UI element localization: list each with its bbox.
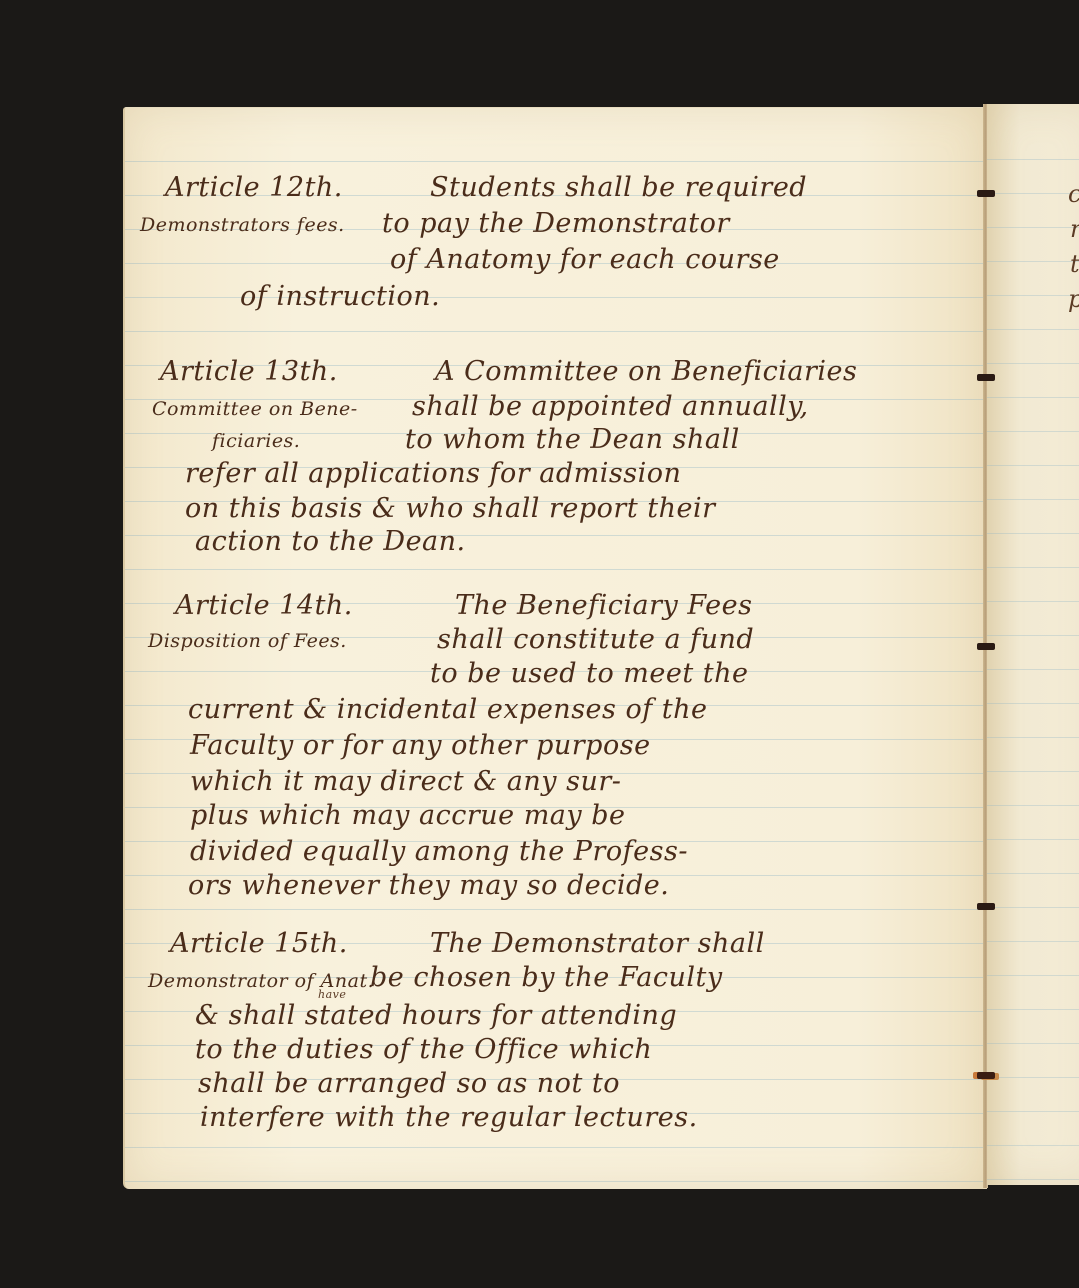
article-13-line: on this basis & who shall report their	[185, 493, 716, 524]
article-15-line: to the duties of the Office which	[195, 1034, 652, 1065]
article-15-line: & shall stated hours for attending	[195, 1000, 677, 1031]
article-12-margin-note: Demonstrators fees.	[140, 214, 345, 236]
article-12-line: to pay the Demonstrator	[382, 208, 730, 239]
binding-hole	[977, 190, 995, 197]
article-13-margin-note: Committee on Bene-	[152, 398, 358, 420]
article-14-line: The Beneficiary Fees	[455, 590, 752, 621]
article-14-margin-note: Disposition of Fees.	[148, 630, 347, 652]
article-15-heading: Article 15th.	[170, 928, 348, 959]
article-14-line: divided equally among the Profess-	[190, 836, 688, 867]
right-page-fragment: r	[1070, 215, 1079, 243]
article-14-line: plus which may accrue may be	[190, 800, 626, 831]
article-14-line: ors whenever they may so decide.	[188, 870, 669, 901]
right-page-fragment: c	[1068, 180, 1079, 208]
article-13-line: A Committee on Beneficiaries	[435, 356, 857, 387]
article-13-line: to whom the Dean shall	[405, 424, 740, 455]
right-page-fragment: t	[1070, 250, 1079, 278]
article-13-margin-note: ficiaries.	[212, 430, 300, 452]
article-15-line: interfere with the regular lectures.	[200, 1102, 698, 1133]
article-13-line: action to the Dean.	[195, 526, 466, 557]
article-14-line: to be used to meet the	[430, 658, 749, 689]
article-15-line: The Demonstrator shall	[430, 928, 765, 959]
binding-hole	[977, 374, 995, 381]
article-14-line: shall constitute a fund	[437, 624, 754, 655]
article-14-line: Faculty or for any other purpose	[190, 730, 651, 761]
binding-hole	[977, 643, 995, 650]
article-12-line: of Anatomy for each course	[390, 244, 780, 275]
article-14-heading: Article 14th.	[175, 590, 353, 621]
binding-hole	[977, 1072, 995, 1079]
article-15-line: shall be arranged so as not to	[198, 1068, 620, 1099]
article-13-line: shall be appointed annually,	[412, 391, 809, 422]
article-12-line: of instruction.	[240, 281, 440, 312]
article-12-heading: Article 12th.	[165, 172, 343, 203]
article-13-line: refer all applications for admission	[185, 458, 681, 489]
article-12-line: Students shall be required	[430, 172, 807, 203]
right-page	[987, 104, 1079, 1185]
article-15-line: be chosen by the Faculty	[370, 962, 723, 993]
binding-hole	[977, 903, 995, 910]
right-page-fragment: p	[1068, 285, 1079, 313]
article-13-heading: Article 13th.	[160, 356, 338, 387]
article-14-line: current & incidental expenses of the	[188, 694, 708, 725]
article-14-line: which it may direct & any sur-	[190, 766, 621, 797]
